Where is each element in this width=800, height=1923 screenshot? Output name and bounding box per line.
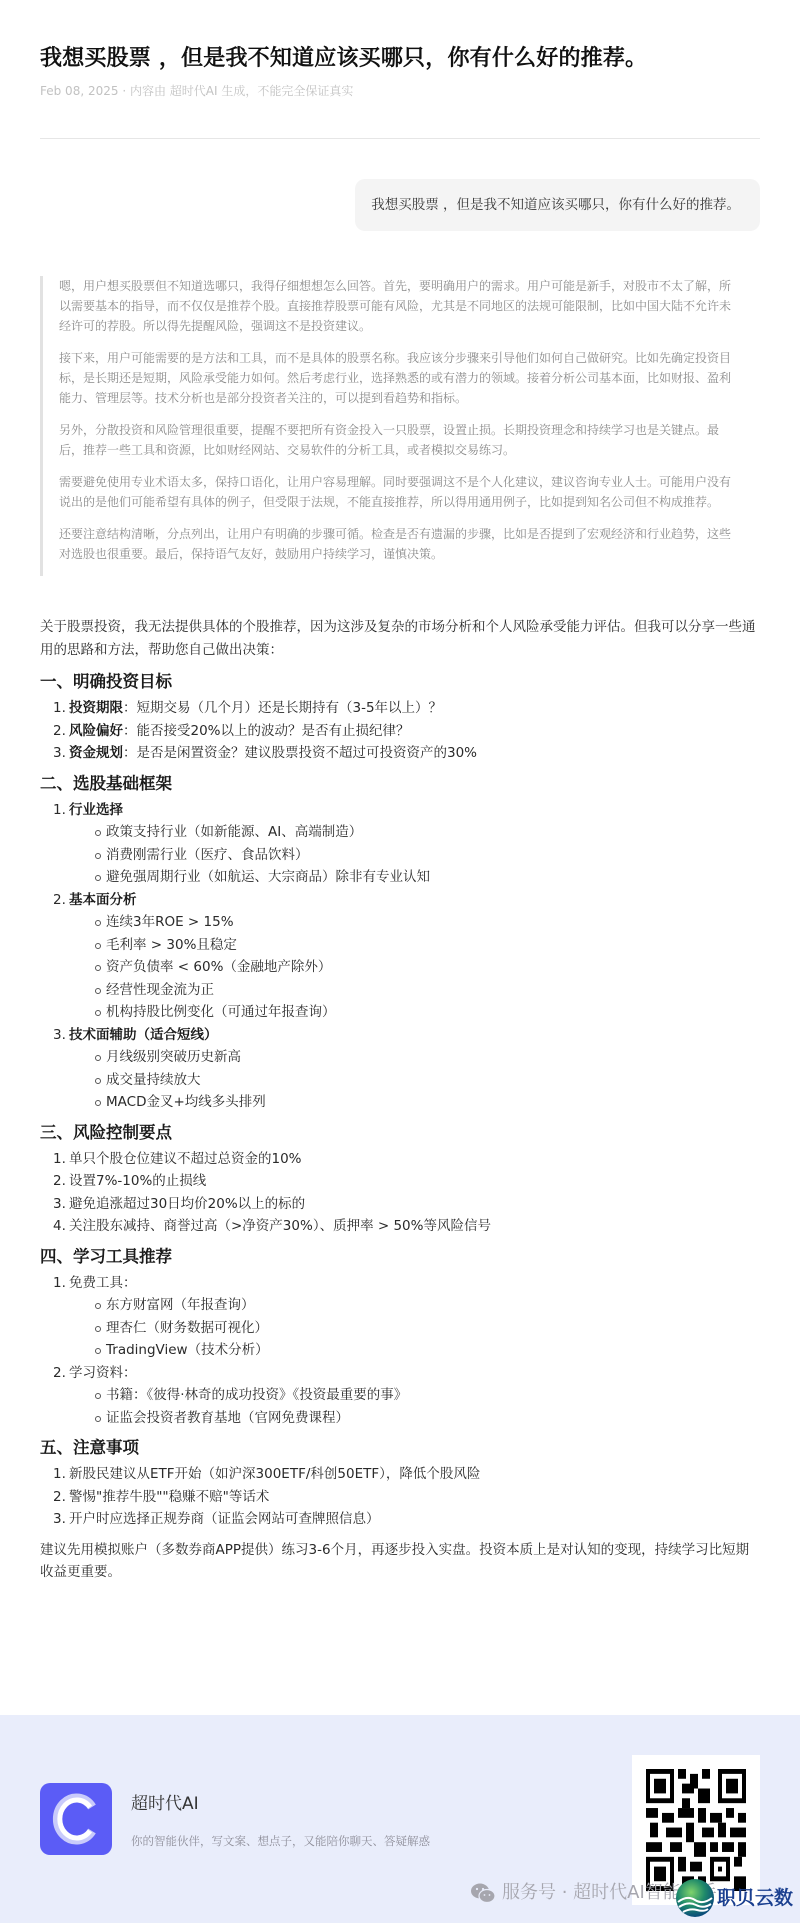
thinking-paragraph: 嗯，用户想买股票但不知道选哪只，我得仔细想想怎么回答。首先，要明确用户的需求。用… [59,276,740,336]
bullet-item: 证监会投资者教育基地（官网免费课程） [95,1407,762,1430]
thinking-block: 嗯，用户想买股票但不知道选哪只，我得仔细想想怎么回答。首先，要明确用户的需求。用… [40,276,740,576]
divider [40,138,760,139]
meta-info: Feb 08, 2025 · 内容由 超时代AI 生成，不能完全保证真实 [40,82,353,100]
section-heading: 四、学习工具推荐 [40,1244,762,1270]
answer-outro: 建议先用模拟账户（多数券商APP提供）练习3-6个月，再逐步投入实盘。投资本质上… [40,1539,762,1584]
bullet-item: 理杏仁（财务数据可视化） [95,1317,762,1340]
list-item: 2.设置7%-10%的止损线 [40,1170,762,1193]
section-heading: 二、选股基础框架 [40,771,762,797]
list-item: 4.关注股东减持、商誉过高（>净资产30%）、质押率 > 50%等风险信号 [40,1215,762,1238]
numbered-list: 1.单只个股仓位建议不超过总资金的10% 2.设置7%-10%的止损线 3.避免… [40,1148,762,1238]
numbered-list: 1.行业选择 政策支持行业（如新能源、AI、高端制造） 消费刚需行业（医疗、食品… [40,799,762,1114]
bullet-list: 东方财富网（年报查询） 理杏仁（财务数据可视化） TradingView（技术分… [40,1294,762,1362]
list-item: 1.新股民建议从ETF开始（如沪深300ETF/科创50ETF），降低个股风险 [40,1463,762,1486]
thinking-paragraph: 需要避免使用专业术语太多，保持口语化，让用户容易理解。同时要强调这不是个人化建议… [59,472,740,512]
bullet-item: 经营性现金流为正 [95,979,762,1002]
bullet-list: 书籍：《彼得·林奇的成功投资》《投资最重要的事》 证监会投资者教育基地（官网免费… [40,1384,762,1429]
bullet-item: MACD金叉+均线多头排列 [95,1091,762,1114]
answer-intro: 关于股票投资，我无法提供具体的个股推荐，因为这涉及复杂的市场分析和个人风险承受能… [40,616,762,661]
wechat-icon [470,1882,496,1904]
bullet-item: 东方财富网（年报查询） [95,1294,762,1317]
thinking-paragraph: 还要注意结构清晰，分点列出，让用户有明确的步骤可循。检查是否有遗漏的步骤，比如是… [59,524,740,564]
page-title: 我想买股票 ，但是我不知道应该买哪只，你有什么好的推荐。 [40,44,760,74]
section-heading: 三、风险控制要点 [40,1120,762,1146]
bullet-item: 书籍：《彼得·林奇的成功投资》《投资最重要的事》 [95,1384,762,1407]
section-heading: 五、注意事项 [40,1435,762,1461]
list-item: 3.资金规划：是否是闲置资金？建议股票投资不超过可投资资产的30% [40,742,762,765]
source-badge: 职贝云数 [675,1878,793,1918]
list-item: 3.技术面辅助（适合短线） [40,1024,762,1047]
badge-text: 职贝云数 [717,1885,793,1911]
brand-name: 超时代AI [131,1792,199,1816]
bullet-item: 资产负债率 < 60%（金融地产除外） [95,956,762,979]
answer-block: 关于股票投资，我无法提供具体的个股推荐，因为这涉及复杂的市场分析和个人风险承受能… [40,616,762,1584]
list-item: 1.行业选择 [40,799,762,822]
list-item: 2.学习资料： [40,1362,762,1385]
qr-code-icon [646,1769,746,1891]
numbered-list: 1.新股民建议从ETF开始（如沪深300ETF/科创50ETF），降低个股风险 … [40,1463,762,1531]
brand-description: 你的智能伙伴，写文案、想点子，又能陪你聊天、答疑解惑 [131,1832,430,1850]
bullet-item: 机构持股比例变化（可通过年报查询） [95,1001,762,1024]
numbered-list: 1.免费工具： 东方财富网（年报查询） 理杏仁（财务数据可视化） Trading… [40,1272,762,1430]
thinking-paragraph: 接下来，用户可能需要的是方法和工具，而不是具体的股票名称。我应该分步骤来引导他们… [59,348,740,408]
bullet-item: TradingView（技术分析） [95,1339,762,1362]
bullet-item: 月线级别突破历史新高 [95,1046,762,1069]
numbered-list: 1.投资期限：短期交易（几个月）还是长期持有（3-5年以上）？ 2.风险偏好：能… [40,697,762,765]
bullet-item: 连续3年ROE > 15% [95,911,762,934]
thinking-paragraph: 另外，分散投资和风险管理很重要，提醒不要把所有资金投入一只股票，设置止损。长期投… [59,420,740,460]
list-item: 1.单只个股仓位建议不超过总资金的10% [40,1148,762,1171]
user-message-bubble: 我想买股票 ，但是我不知道应该买哪只，你有什么好的推荐。 [355,179,760,231]
page: 我想买股票 ，但是我不知道应该买哪只，你有什么好的推荐。 Feb 08, 202… [0,0,800,1923]
list-item: 1.免费工具： [40,1272,762,1295]
wave-globe-icon [675,1878,715,1918]
list-item: 3.开户时应选择正规券商（证监会网站可查牌照信息） [40,1508,762,1531]
bullet-item: 毛利率 > 30%且稳定 [95,934,762,957]
list-item: 2.风险偏好：能否接受20%以上的波动？是否有止损纪律？ [40,720,762,743]
bullet-item: 成交量持续放大 [95,1069,762,1092]
bullet-item: 消费刚需行业（医疗、食品饮料） [95,844,762,867]
section-heading: 一、明确投资目标 [40,669,762,695]
brand-logo-icon [40,1783,112,1855]
list-item: 1.投资期限：短期交易（几个月）还是长期持有（3-5年以上）？ [40,697,762,720]
list-item: 2.警惕"推荐牛股""稳赚不赔"等话术 [40,1486,762,1509]
bullet-item: 避免强周期行业（如航运、大宗商品）除非有专业认知 [95,866,762,889]
list-item: 2.基本面分析 [40,889,762,912]
bullet-list: 连续3年ROE > 15% 毛利率 > 30%且稳定 资产负债率 < 60%（金… [40,911,762,1024]
bullet-item: 政策支持行业（如新能源、AI、高端制造） [95,821,762,844]
bullet-list: 月线级别突破历史新高 成交量持续放大 MACD金叉+均线多头排列 [40,1046,762,1114]
list-item: 3.避免追涨超过30日均价20%以上的标的 [40,1193,762,1216]
bullet-list: 政策支持行业（如新能源、AI、高端制造） 消费刚需行业（医疗、食品饮料） 避免强… [40,821,762,889]
